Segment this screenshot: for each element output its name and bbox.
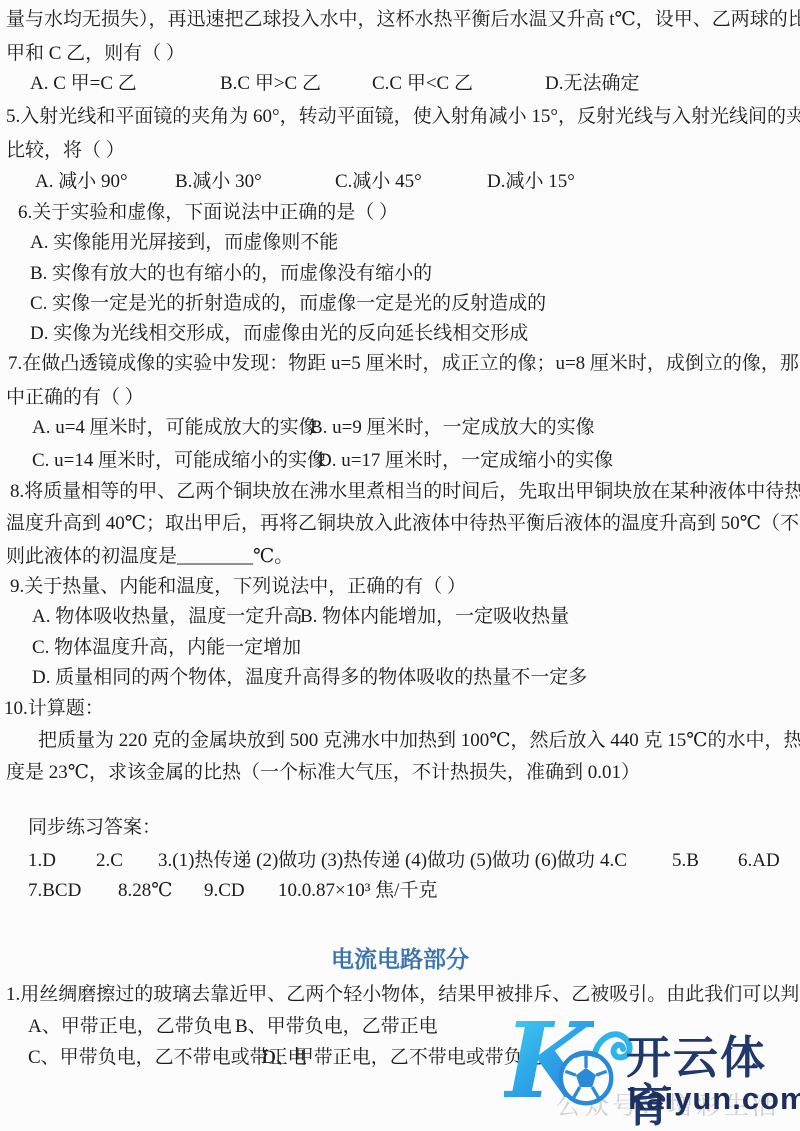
question-4-option-a: A. C 甲=C 乙: [30, 72, 137, 96]
question-8-line-3: 则此液体的初温度是________℃。: [6, 545, 293, 569]
answer-3: 3.(1)热传递 (2)做功 (3)热传递 (4)做功 (5)做功 (6)做功: [158, 849, 595, 873]
question-9-option-b: B. 物体内能增加，一定吸收热量: [300, 605, 569, 629]
answer-8: 8.28℃: [118, 879, 173, 903]
answers-header: 同步练习答案：: [28, 816, 161, 840]
question-7-option-a: A. u=4 厘米时，可能成放大的实像: [32, 416, 318, 440]
question-6-option-c: C. 实像一定是光的折射造成的，而虚像一定是光的反射造成的: [30, 292, 546, 316]
question-9-option-c: C. 物体温度升高，内能一定增加: [32, 636, 301, 660]
question-8-line-2: 温度升高到 40℃；取出甲后，再将乙铜块放入此液体中待热平衡后液体的温度升高到 …: [6, 512, 800, 536]
question-5-line-2: 比较，将（ ）: [6, 139, 125, 163]
question-9-option-d: D. 质量相同的两个物体，温度升高得多的物体吸收的热量不一定多: [32, 666, 587, 690]
answer-10: 10.0.87×10³ 焦/千克: [278, 879, 437, 903]
answer-4: 4.C: [600, 849, 627, 873]
question-5-option-b: B.减小 30°: [175, 170, 262, 194]
question-4-option-b: B.C 甲>C 乙: [220, 72, 321, 96]
answer-2: 2.C: [96, 849, 123, 873]
kaiyun-logo: 公众号：增彩生活 K 开云体育 kaiyun.com: [500, 1020, 800, 1131]
question-10-line-1: 把质量为 220 克的金属块放到 500 克沸水中加热到 100℃，然后放入 4…: [38, 729, 800, 753]
question-10-line-2: 度是 23℃，求该金属的比热（一个标准大气压，不计热损失，准确到 0.01）: [6, 761, 640, 785]
answer-6: 6.AD: [738, 849, 780, 873]
answer-9: 9.CD: [204, 879, 245, 903]
section2-question-1-option-a: A、甲带正电，乙带负电: [28, 1015, 232, 1039]
question-5-option-a: A. 减小 90°: [35, 170, 128, 194]
answer-1: 1.D: [28, 849, 56, 873]
question-4-line-2: 甲和 C 乙，则有（ ）: [6, 42, 185, 66]
question-7-line-1: 7.在做凸透镜成像的实验中发现：物距 u=5 厘米时，成正立的像；u=8 厘米时…: [8, 352, 800, 376]
question-5-option-c: C.减小 45°: [335, 170, 422, 194]
question-6-option-d: D. 实像为光线相交形成，而虚像由光的反向延长线相交形成: [30, 322, 528, 346]
answer-5: 5.B: [672, 849, 699, 873]
question-10-title: 10.计算题：: [4, 697, 104, 721]
section2-question-1-stem: 1.用丝绸磨擦过的玻璃去靠近甲、乙两个轻小物体，结果甲被排斥、乙被吸引。由此我们…: [6, 983, 800, 1007]
question-7-line-2: 中正确的有（ ）: [6, 386, 144, 410]
question-6-stem: 6.关于实验和虚像，下面说法中正确的是（ ）: [18, 201, 398, 225]
question-4-option-d: D.无法确定: [545, 72, 639, 96]
kaiyun-domain-text: kaiyun.com: [628, 1082, 800, 1116]
answer-7: 7.BCD: [28, 879, 81, 903]
question-9-stem: 9.关于热量、内能和温度，下列说法中，正确的有（ ）: [10, 575, 466, 599]
question-6-option-a: A. 实像能用光屏接到，而虚像则不能: [30, 231, 338, 255]
question-9-option-a: A. 物体吸收热量，温度一定升高: [32, 605, 302, 629]
question-7-option-b: B. u=9 厘米时，一定成放大的实像: [310, 416, 595, 440]
question-5-line-1: 5.入射光线和平面镜的夹角为 60°，转动平面镜，使入射角减小 15°，反射光线…: [6, 105, 800, 129]
soccer-ball-icon: [558, 1050, 614, 1106]
section2-question-1-option-b: B、甲带负电，乙带正电: [235, 1015, 438, 1039]
document-page: 量与水均无损失），再迅速把乙球投入水中，这杯水热平衡后水温又升高 t℃，设甲、乙…: [0, 0, 800, 1131]
question-8-line-1: 8.将质量相等的甲、乙两个铜块放在沸水里煮相当的时间后，先取出甲铜块放在某种液体…: [10, 480, 800, 504]
question-7-option-d: D. u=17 厘米时，一定成缩小的实像: [318, 449, 613, 473]
question-7-option-c: C. u=14 厘米时，可能成缩小的实像: [32, 449, 326, 473]
question-6-option-b: B. 实像有放大的也有缩小的，而虚像没有缩小的: [30, 262, 432, 286]
section-heading-current-circuits: 电流电路部分: [0, 941, 800, 974]
question-4-line-1: 量与水均无损失），再迅速把乙球投入水中，这杯水热平衡后水温又升高 t℃，设甲、乙…: [6, 8, 800, 32]
question-4-option-c: C.C 甲<C 乙: [372, 72, 473, 96]
question-5-option-d: D.减小 15°: [487, 170, 575, 194]
